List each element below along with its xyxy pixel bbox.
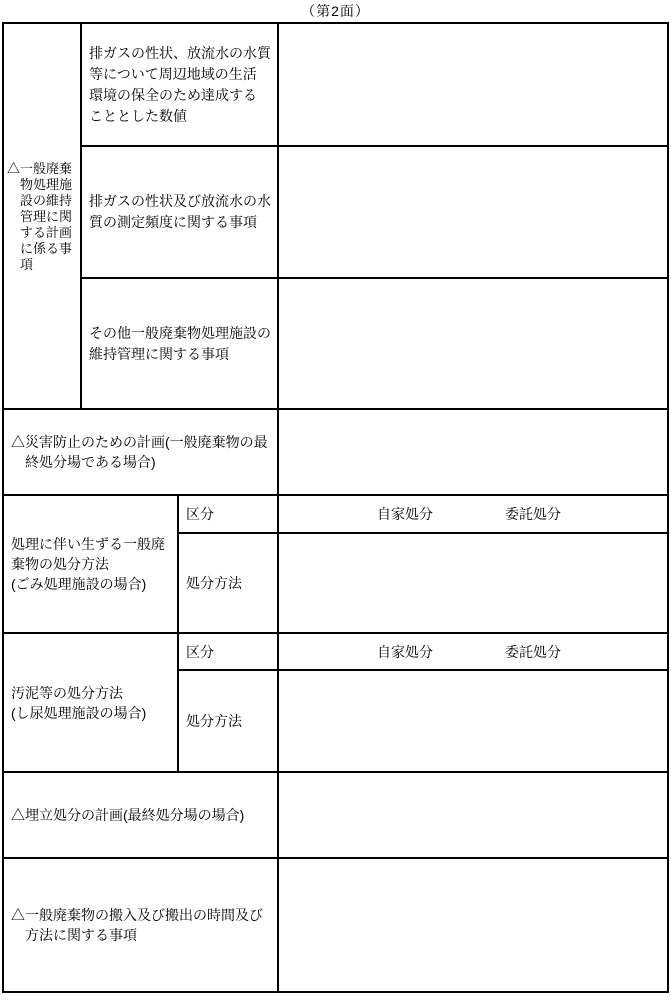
waste-disposal-label: 処理に伴い生ずる一般廃 棄物の処分方法 (ごみ処理施設の場合) — [4, 532, 177, 596]
table-row: その他一般廃棄物処理施設の 維持管理に関する事項 — [3, 278, 668, 409]
form-page: （第2面） △一般廃棄 物処理施 設の維持 管理に関 する計画 に係る事 項 排… — [0, 0, 671, 1000]
sludge-disposal-method-value-cell[interactable] — [278, 670, 668, 772]
sludge-disposal-label-cell: 汚泥等の処分方法 (し尿処理施設の場合) — [3, 633, 178, 772]
sludge-disposal-method-label: 処分方法 — [179, 709, 277, 733]
sludge-disposal-label: 汚泥等の処分方法 (し尿処理施設の場合) — [4, 681, 177, 725]
maintenance-header-cell: △一般廃棄 物処理施 設の維持 管理に関 する計画 に係る事 項 — [3, 23, 81, 409]
waste-disposal-category-label-cell: 区分 — [178, 495, 278, 533]
consigned-disposal-option-label: 委託処分 — [505, 642, 561, 662]
emission-standard-label-cell: 排ガスの性状、放流水の水質 等について周辺地域の生活 環境の保全のため達成する … — [81, 23, 278, 146]
page-title: （第2面） — [0, 0, 671, 22]
disaster-prevention-label: △災害防止のための計画(一般廃棄物の最 終処分場である場合) — [4, 430, 277, 474]
emission-standard-value-cell[interactable] — [278, 23, 668, 146]
carry-inout-value-cell[interactable] — [278, 858, 668, 992]
table-row: 排ガスの性状及び放流水の水 質の測定頻度に関する事項 — [3, 146, 668, 278]
sludge-disposal-category-label-cell: 区分 — [178, 633, 278, 670]
table-row: △一般廃棄 物処理施 設の維持 管理に関 する計画 に係る事 項 排ガスの性状、… — [3, 23, 668, 146]
sludge-disposal-category-label: 区分 — [179, 640, 277, 664]
table-row: △埋立処分の計画(最終処分場の場合) — [3, 772, 668, 858]
table-row: △災害防止のための計画(一般廃棄物の最 終処分場である場合) — [3, 409, 668, 495]
form-table: △一般廃棄 物処理施 設の維持 管理に関 する計画 に係る事 項 排ガスの性状、… — [2, 22, 669, 993]
waste-disposal-label-cell: 処理に伴い生ずる一般廃 棄物の処分方法 (ごみ処理施設の場合) — [3, 495, 178, 633]
maintenance-header-label: △一般廃棄 物処理施 設の維持 管理に関 する計画 に係る事 項 — [4, 158, 80, 275]
emission-standard-label: 排ガスの性状、放流水の水質 等について周辺地域の生活 環境の保全のため達成する … — [82, 41, 277, 129]
landfill-plan-value-cell[interactable] — [278, 772, 668, 858]
waste-disposal-method-label: 処分方法 — [179, 571, 277, 595]
table-row: 汚泥等の処分方法 (し尿処理施設の場合) 区分 自家処分 委託処分 — [3, 633, 668, 670]
waste-disposal-method-value-cell[interactable] — [278, 533, 668, 633]
other-maintenance-value-cell[interactable] — [278, 278, 668, 409]
table-row: 処理に伴い生ずる一般廃 棄物の処分方法 (ごみ処理施設の場合) 区分 自家処分 … — [3, 495, 668, 533]
other-maintenance-label-cell: その他一般廃棄物処理施設の 維持管理に関する事項 — [81, 278, 278, 409]
measurement-frequency-value-cell[interactable] — [278, 146, 668, 278]
consigned-disposal-option-label: 委託処分 — [505, 504, 561, 524]
landfill-plan-label: △埋立処分の計画(最終処分場の場合) — [4, 803, 277, 827]
disaster-prevention-value-cell[interactable] — [278, 409, 668, 495]
waste-disposal-category-label: 区分 — [179, 502, 277, 526]
carry-inout-label: △一般廃棄物の搬入及び搬出の時間及び 方法に関する事項 — [4, 903, 277, 947]
waste-disposal-category-options-cell[interactable]: 自家処分 委託処分 — [278, 495, 668, 533]
sludge-disposal-method-label-cell: 処分方法 — [178, 670, 278, 772]
self-disposal-option-label: 自家処分 — [377, 642, 433, 662]
disaster-prevention-label-cell: △災害防止のための計画(一般廃棄物の最 終処分場である場合) — [3, 409, 278, 495]
waste-disposal-category-options: 自家処分 委託処分 — [279, 504, 667, 524]
table-row: △一般廃棄物の搬入及び搬出の時間及び 方法に関する事項 — [3, 858, 668, 992]
carry-inout-label-cell: △一般廃棄物の搬入及び搬出の時間及び 方法に関する事項 — [3, 858, 278, 992]
measurement-frequency-label-cell: 排ガスの性状及び放流水の水 質の測定頻度に関する事項 — [81, 146, 278, 278]
sludge-disposal-category-options: 自家処分 委託処分 — [279, 642, 667, 662]
other-maintenance-label: その他一般廃棄物処理施設の 維持管理に関する事項 — [82, 321, 277, 367]
measurement-frequency-label: 排ガスの性状及び放流水の水 質の測定頻度に関する事項 — [82, 189, 277, 235]
landfill-plan-label-cell: △埋立処分の計画(最終処分場の場合) — [3, 772, 278, 858]
self-disposal-option-label: 自家処分 — [377, 504, 433, 524]
sludge-disposal-category-options-cell[interactable]: 自家処分 委託処分 — [278, 633, 668, 670]
waste-disposal-method-label-cell: 処分方法 — [178, 533, 278, 633]
